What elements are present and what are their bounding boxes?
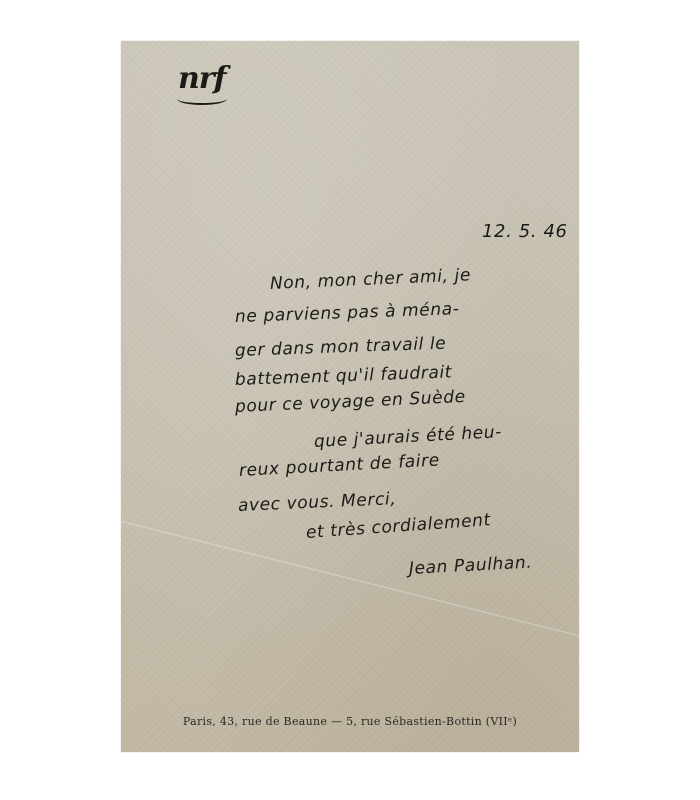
letter-line: que j'aurais été heu- xyxy=(313,422,502,452)
nrf-logo: nrf xyxy=(178,61,226,96)
nrf-logo-swash xyxy=(177,93,227,105)
letter-date: 12. 5. 46 xyxy=(482,221,568,242)
scan-background: nrf 12. 5. 46 Non, mon cher ami, je ne p… xyxy=(0,0,700,800)
letter-line: avec vous. Merci, xyxy=(238,489,397,516)
letter-line: et très cordialement xyxy=(305,510,491,543)
letter-line: pour ce voyage en Suède xyxy=(235,387,467,417)
letter-line: Non, mon cher ami, je xyxy=(270,265,472,294)
letter-line: ne parviens pas à ména- xyxy=(235,299,460,327)
letterhead-address: Paris, 43, rue de Beaune — 5, rue Sébast… xyxy=(121,715,579,728)
letter-line: ger dans mon travail le xyxy=(235,334,447,361)
signature: Jean Paulhan. xyxy=(408,553,532,579)
letter-line: reux pourtant de faire xyxy=(238,450,440,480)
paper-fold-line xyxy=(121,521,645,653)
letter-line: battement qu'il faudrait xyxy=(235,362,453,390)
letter-sheet: nrf 12. 5. 46 Non, mon cher ami, je ne p… xyxy=(121,41,579,752)
